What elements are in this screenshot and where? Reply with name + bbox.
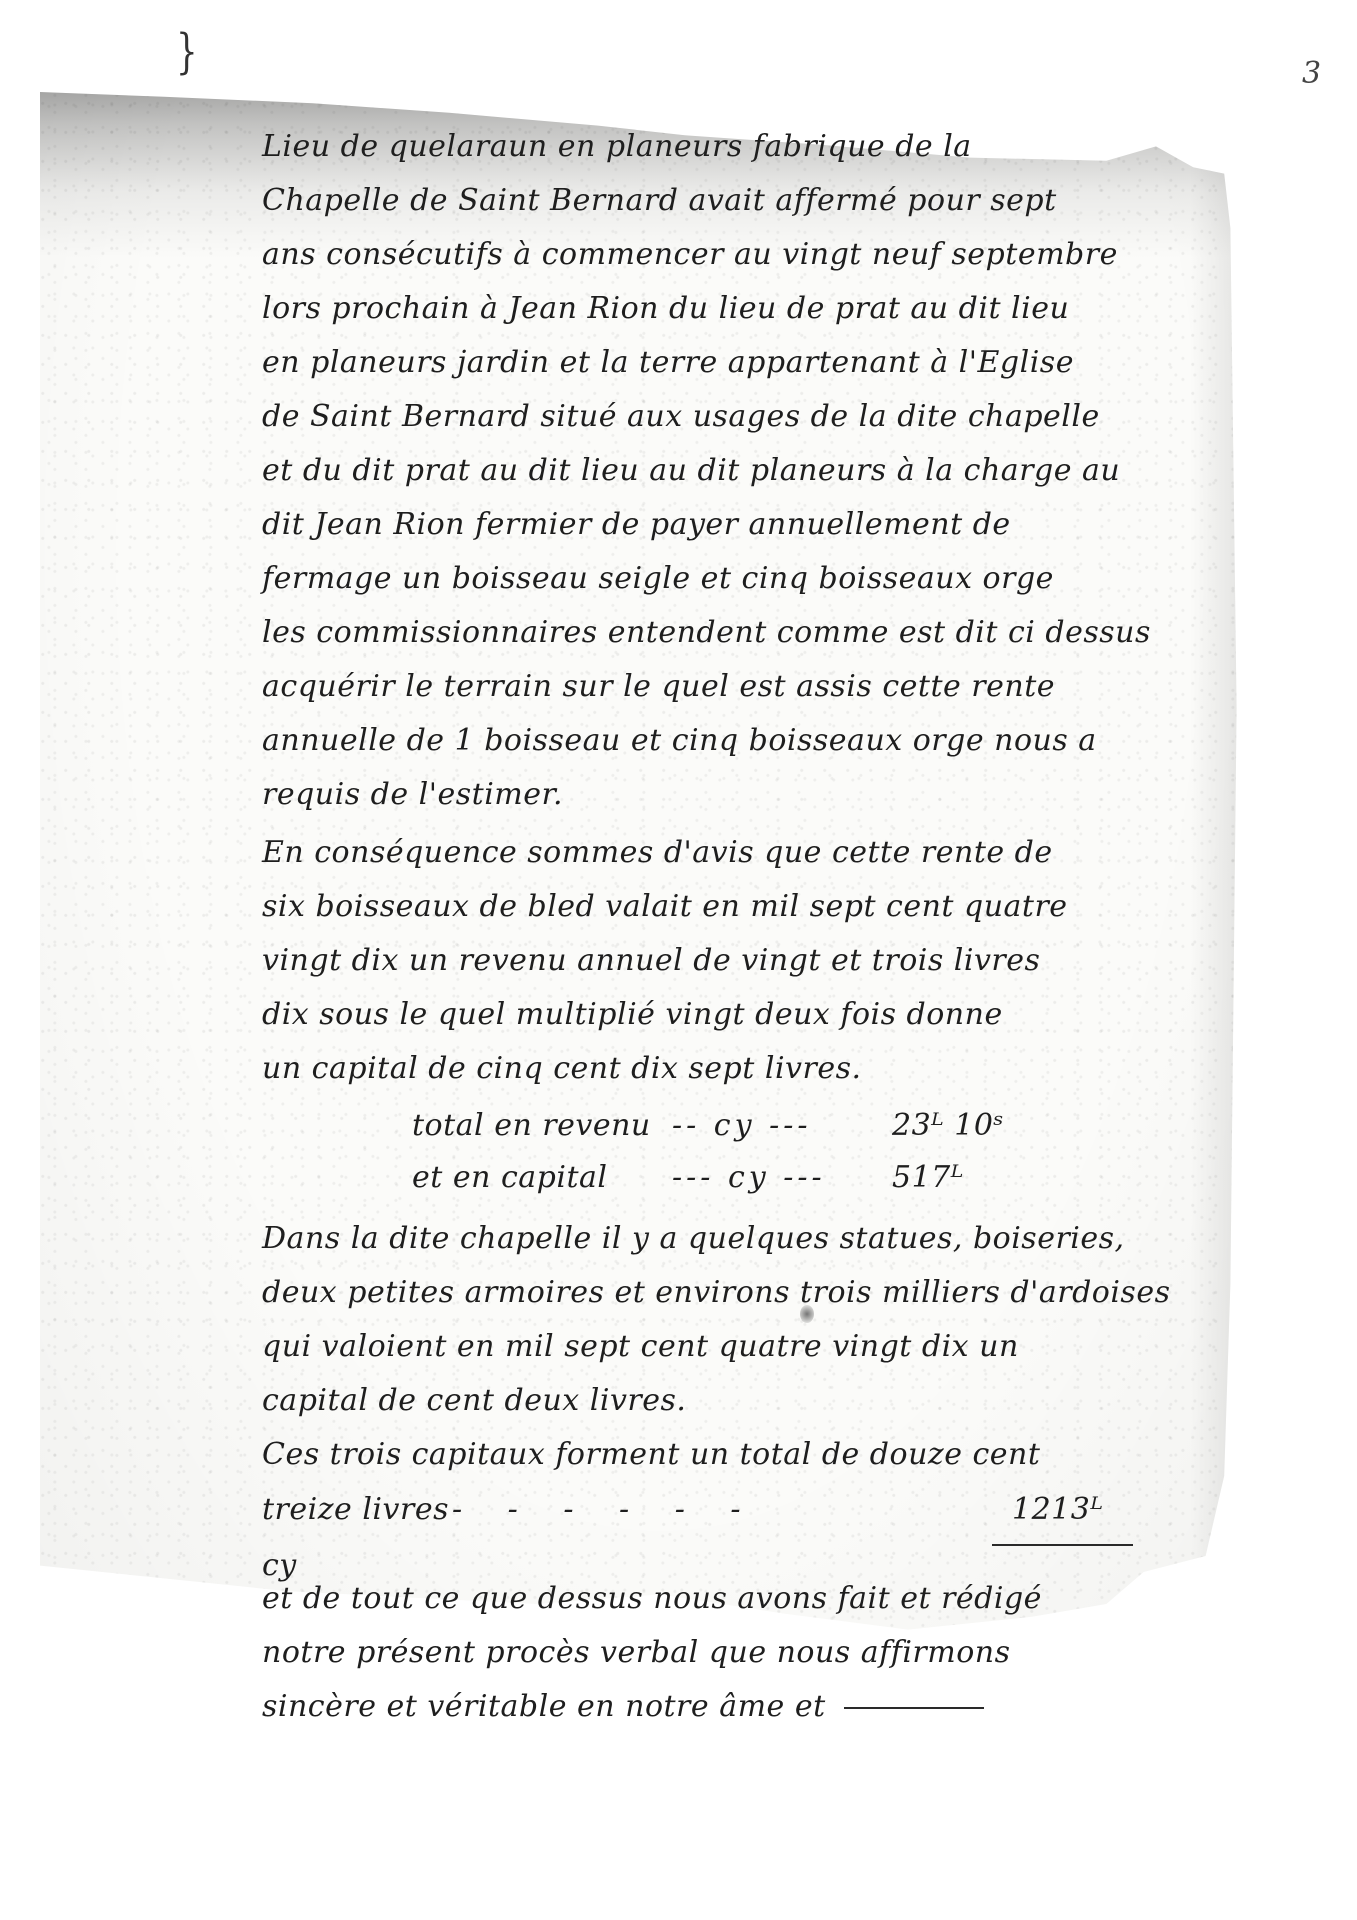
manuscript-text: Lieu de quelaraun en planeurs fabrique d… <box>262 120 1222 1734</box>
pen-flourish <box>844 1707 984 1709</box>
leader-dashes: - - - - - - <box>452 1482 1012 1538</box>
text-line: dit Jean Rion fermier de payer annuellem… <box>262 498 1222 552</box>
text-line: et du dit prat au dit lieu au dit planeu… <box>262 444 1222 498</box>
text-line: fermage un boisseau seigle et cinq boiss… <box>262 552 1222 606</box>
total-value: 23ᴸ 10ˢ <box>892 1100 1004 1152</box>
grand-total-label: treize livres cy <box>262 1482 452 1538</box>
text-line: lors prochain à Jean Rion du lieu de pra… <box>262 282 1222 336</box>
total-value: 517ᴸ <box>892 1152 964 1204</box>
text-line: vingt dix un revenu annuel de vingt et t… <box>262 934 1222 988</box>
text-line: qui valoient en mil sept cent quatre vin… <box>262 1320 1222 1374</box>
total-revenue-row: total en revenu -- cy --- 23ᴸ 10ˢ <box>412 1100 1222 1152</box>
text-line: capital de cent deux livres. <box>262 1374 1222 1428</box>
text-line: et de tout ce que dessus nous avons fait… <box>262 1572 1222 1626</box>
text-line: En conséquence sommes d'avis que cette r… <box>262 826 1222 880</box>
paragraph-grand-total: Ces trois capitaux forment un total de d… <box>262 1428 1222 1538</box>
text-line: un capital de cinq cent dix sept livres. <box>262 1042 1222 1096</box>
paragraph-affirmation: et de tout ce que dessus nous avons fait… <box>262 1572 1222 1734</box>
text-line: notre présent procès verbal que nous aff… <box>262 1626 1222 1680</box>
text-line: dix sous le quel multiplié vingt deux fo… <box>262 988 1222 1042</box>
text-line-final: sincère et véritable en notre âme et <box>262 1680 1222 1734</box>
leader-dots: -- cy --- <box>672 1100 892 1152</box>
text-line: Lieu de quelaraun en planeurs fabrique d… <box>262 120 1222 174</box>
paragraph-furnishings: Dans la dite chapelle il y a quelques st… <box>262 1212 1222 1428</box>
totals-block: total en revenu -- cy --- 23ᴸ 10ˢ et en … <box>412 1100 1222 1204</box>
text-line: Ces trois capitaux forment un total de d… <box>262 1428 1222 1482</box>
paragraph-lease: Lieu de quelaraun en planeurs fabrique d… <box>262 120 1222 822</box>
text-line: de Saint Bernard situé aux usages de la … <box>262 390 1222 444</box>
paragraph-valuation: En conséquence sommes d'avis que cette r… <box>262 826 1222 1096</box>
text-line: annuelle de 1 boisseau et cinq boisseaux… <box>262 714 1222 768</box>
final-text: sincère et véritable en notre âme et <box>262 1689 826 1724</box>
text-line: deux petites armoires et environs trois … <box>262 1266 1222 1320</box>
text-line: ans consécutifs à commencer au vingt neu… <box>262 228 1222 282</box>
corner-mark: } <box>176 24 198 80</box>
text-line: Dans la dite chapelle il y a quelques st… <box>262 1212 1222 1266</box>
grand-total-row: treize livres cy - - - - - - 1213ᴸ <box>262 1482 1222 1538</box>
text-line: requis de l'estimer. <box>262 768 1222 822</box>
text-line: les commissionnaires entendent comme est… <box>262 606 1222 660</box>
text-line: Chapelle de Saint Bernard avait affermé … <box>262 174 1222 228</box>
grand-total-value: 1213ᴸ <box>1012 1482 1103 1538</box>
text-line: six boisseaux de bled valait en mil sept… <box>262 880 1222 934</box>
leader-dots: --- cy --- <box>672 1152 892 1204</box>
text-line: acquérir le terrain sur le quel est assi… <box>262 660 1222 714</box>
total-capital-row: et en capital --- cy --- 517ᴸ <box>412 1152 1222 1204</box>
text-line: en planeurs jardin et la terre appartena… <box>262 336 1222 390</box>
total-label: et en capital <box>412 1152 672 1204</box>
total-label: total en revenu <box>412 1100 672 1152</box>
page-number: 3 <box>1302 56 1321 91</box>
